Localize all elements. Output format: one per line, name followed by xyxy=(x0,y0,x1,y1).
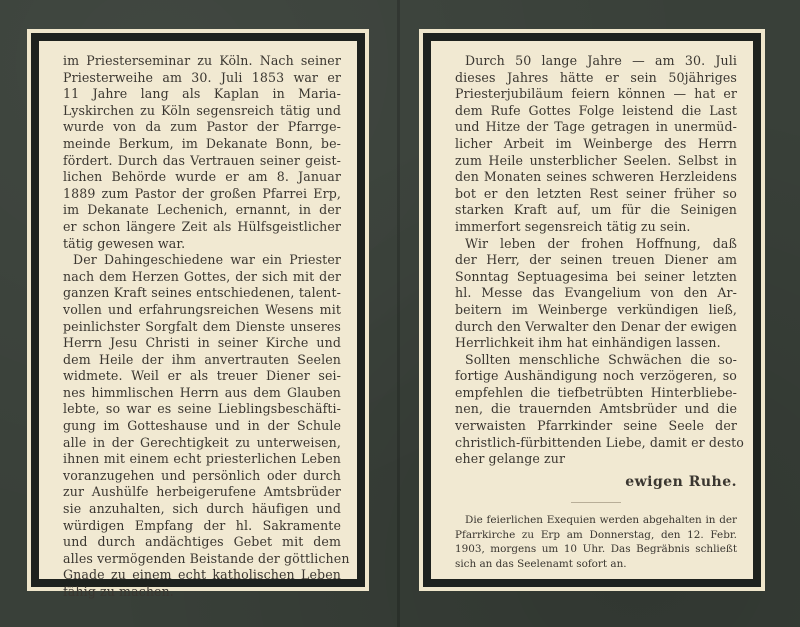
text-line: würdigen Empfang der hl. Sakramente xyxy=(63,518,341,535)
text-line: fördert. Durch das Vertrauen seiner geis… xyxy=(63,153,341,170)
text-line: immerfort segensreich tätig zu sein. xyxy=(455,219,737,236)
text-line: lebte, so war es seine Lieblingsbeschäft… xyxy=(63,401,341,418)
text-line: nen, die trauernden Amtsbrüder und die xyxy=(455,401,737,418)
text-line: meinde Berkum, im Dekanate Bonn, be- xyxy=(63,136,341,153)
text-line: gung im Gotteshause und in der Schule xyxy=(63,418,341,435)
text-line: starken Kraft auf, um für die Seinigen xyxy=(455,202,737,219)
text-line: Durch 50 lange Jahre — am 30. Juli xyxy=(455,53,737,70)
text-line: voranzugehen und persönlich oder durch xyxy=(63,468,341,485)
text-line: dem Heile der ihm anvertrauten Seelen xyxy=(63,352,341,369)
text-line: Herrn Jesu Christi in seiner Kirche und xyxy=(63,335,341,352)
text-line: sie anzuhalten, sich durch häufigen und xyxy=(63,501,341,518)
fold-crease xyxy=(397,0,400,627)
text-line: Priesterweihe am 30. Juli 1853 war er xyxy=(63,70,341,87)
text-line: dem Rufe Gottes Folge leistend die Last xyxy=(455,103,737,120)
text-line: eher gelange zur xyxy=(455,451,737,468)
text-line: bot er den letzten Rest seiner früher so xyxy=(455,186,737,203)
text-line: vollen und erfahrungsreichen Wesens mit xyxy=(63,302,341,319)
text-line: und Hitze der Tage getragen in unermüd- xyxy=(455,119,737,136)
text-line: durch den Verwalter den Denar der ewigen xyxy=(455,319,737,336)
divider-rule xyxy=(571,502,621,503)
text-line: Priesterjubiläum feiern können — hat er xyxy=(455,86,737,103)
text-line: hl. Messe das Evangelium von den Ar- xyxy=(455,285,737,302)
notice-line: Die feierlichen Exequien werden abgehalt… xyxy=(455,513,737,528)
text-line: tätig gewesen war. xyxy=(63,236,341,253)
text-line: verwaisten Pfarrkinder seine Seele der xyxy=(455,418,737,435)
text-line: Sonntag Septuagesima bei seiner letzten xyxy=(455,269,737,286)
text-line: lichen Behörde wurde er am 8. Januar xyxy=(63,169,341,186)
text-line: Lyskirchen zu Köln segensreich tätig und xyxy=(63,103,341,120)
text-line: widmete. Weil er als treuer Diener sei- xyxy=(63,368,341,385)
text-line: im Priesterseminar zu Köln. Nach seiner xyxy=(63,53,341,70)
notice-line: 1903, morgens um 10 Uhr. Das Begräbnis s… xyxy=(455,542,737,557)
text-line: fortige Aushändigung noch verzögeren, so xyxy=(455,368,737,385)
text-line: Gnade zu einem echt katholischen Leben xyxy=(63,567,341,584)
notice-line: Pfarrkirche zu Erp am Donnerstag, den 12… xyxy=(455,528,737,543)
text-line: peinlichster Sorgfalt dem Dienste unsere… xyxy=(63,319,341,336)
text-line: zum Heile unsterblicher Seelen. Selbst i… xyxy=(455,153,737,170)
text-line: 1889 zum Pastor der großen Pfarrei Erp, xyxy=(63,186,341,203)
text-line: empfehlen die tiefbetrübten Hinterbliebe… xyxy=(455,385,737,402)
right-page-text: Durch 50 lange Jahre — am 30. Juli diese… xyxy=(455,53,737,571)
text-line: und durch andächtiges Gebet mit dem xyxy=(63,534,341,551)
left-page: im Priesterseminar zu Köln. Nach seiner … xyxy=(27,29,369,591)
left-page-black-frame: im Priesterseminar zu Köln. Nach seiner … xyxy=(31,33,365,587)
text-line: wurde von da zum Pastor der Pfarrge- xyxy=(63,119,341,136)
text-line: der Herr, der seinen treuen Diener am xyxy=(455,252,737,269)
right-page-black-frame: Durch 50 lange Jahre — am 30. Juli diese… xyxy=(423,33,761,587)
text-line: 11 Jahre lang als Kaplan in Maria- xyxy=(63,86,341,103)
text-line: Wir leben der frohen Hoffnung, daß xyxy=(455,236,737,253)
text-line: den Monaten seines schweren Herzleidens xyxy=(455,169,737,186)
text-line: Sollten menschliche Schwächen die so- xyxy=(455,352,737,369)
text-line: nach dem Herzen Gottes, der sich mit der xyxy=(63,269,341,286)
text-line: ganzen Kraft seines entschiedenen, talen… xyxy=(63,285,341,302)
funeral-notice: Die feierlichen Exequien werden abgehalt… xyxy=(455,513,737,571)
text-line: ihnen mit einem echt priesterlichen Lebe… xyxy=(63,451,341,468)
text-line: zur Aushülfe herbeigerufene Amtsbrüder xyxy=(63,484,341,501)
text-line: er schon längere Zeit als Hülfsgeistlich… xyxy=(63,219,341,236)
notice-line: sich an das Seelenamt sofort an. xyxy=(455,557,737,572)
text-line: christlich-fürbittenden Liebe, damit er … xyxy=(455,435,737,452)
left-page-text: im Priesterseminar zu Köln. Nach seiner … xyxy=(63,53,341,601)
text-line: licher Arbeit im Weinberge des Herrn xyxy=(455,136,737,153)
text-line: fähig zu machen. xyxy=(63,584,341,601)
text-line: alle in der Gerechtigkeit zu unterweisen… xyxy=(63,435,341,452)
closing-phrase: ewigen Ruhe. xyxy=(455,474,737,491)
text-line: dieses Jahres hätte er sein 50jähriges xyxy=(455,70,737,87)
text-line: beitern im Weinberge verkündigen ließ, xyxy=(455,302,737,319)
text-line: alles vermögenden Beistande der göttlich… xyxy=(63,551,341,568)
right-page: Durch 50 lange Jahre — am 30. Juli diese… xyxy=(419,29,765,591)
text-line: Der Dahingeschiedene war ein Priester xyxy=(63,252,341,269)
text-line: im Dekanate Lechenich, ernannt, in der xyxy=(63,202,341,219)
text-line: nes himmlischen Herrn aus dem Glauben xyxy=(63,385,341,402)
text-line: Herrlichkeit ihm hat einhändigen lassen. xyxy=(455,335,737,352)
